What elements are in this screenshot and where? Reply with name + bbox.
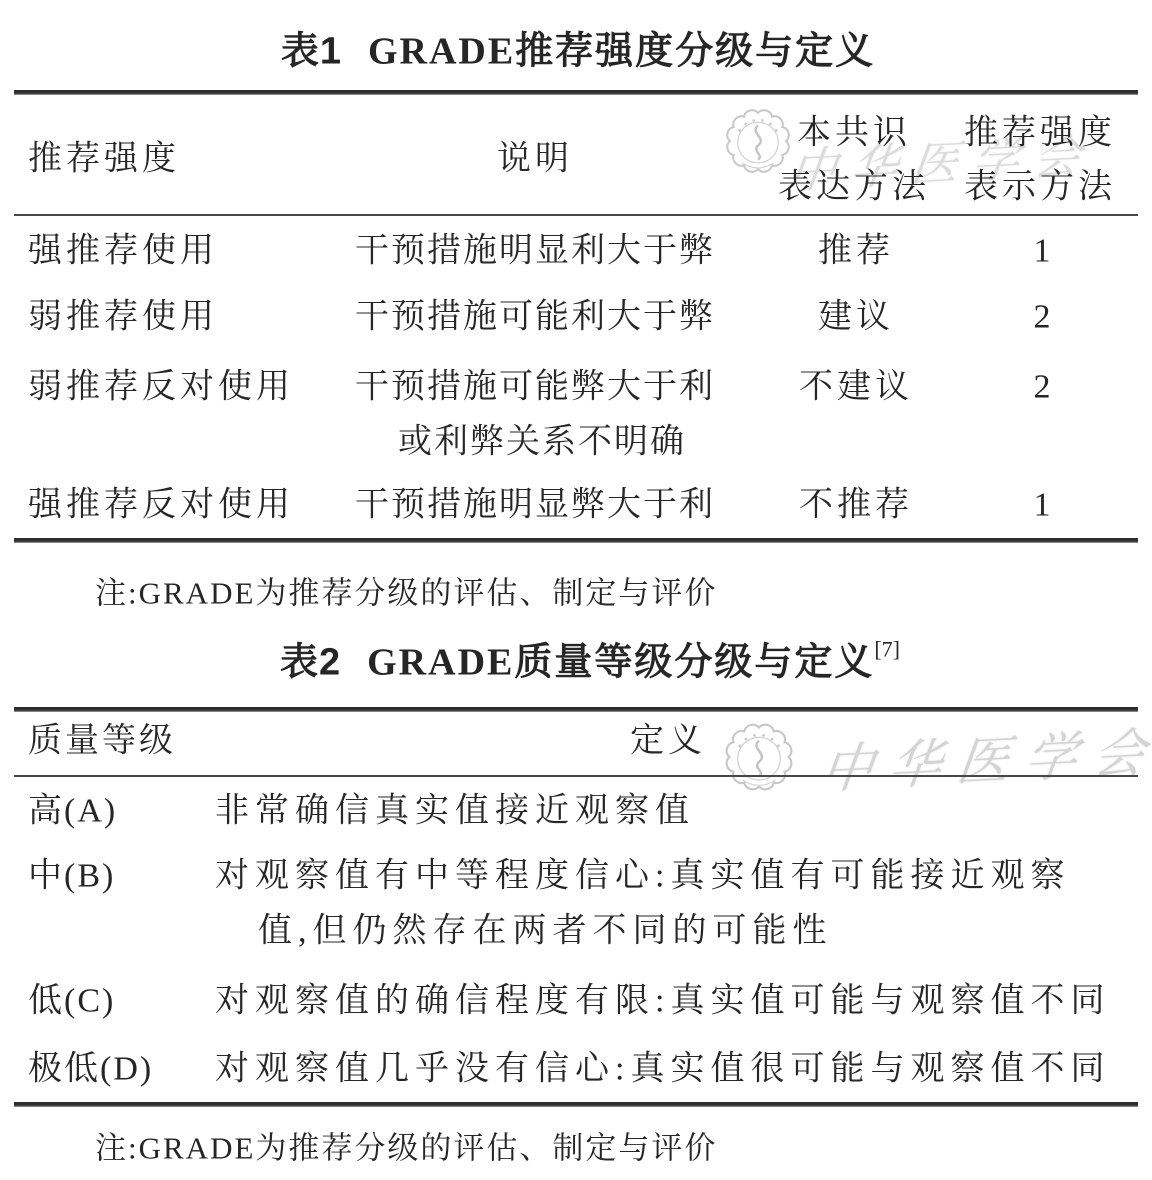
table1-row3-desc-line1: 干预措施可能弊大于利 [355,370,715,404]
table2-rowD-grade: 极低(D) [28,1052,153,1086]
table1-bottom-rule [14,538,1138,543]
table2-rowB-definition-line2: 值,但仍然存在两者不同的可能性 [258,914,833,948]
table1-header-notation-line2: 表示方法 [964,170,1116,204]
table1-row4-notation: 1 [1034,488,1051,522]
table1-row2-notation: 2 [1034,300,1051,334]
cma-script-watermark: 中华医学会 [818,709,1152,802]
table1-row4-desc: 干预措施明显弊大于利 [355,488,715,522]
table2-note: 注:GRADE为推荐分级的评估、制定与评价 [95,1123,717,1168]
table2-top-rule [14,707,1138,712]
table1-row3-strength: 弱推荐反对使用 [28,370,294,404]
table1-header-notation-line1: 推荐强度 [964,116,1116,150]
table2-rowC-definition: 对观察值的确信程度有限:真实值可能与观察值不同 [215,984,1110,1018]
table1-row1-notation: 1 [1034,234,1051,268]
table1-row1-desc: 干预措施明显利大于弊 [355,234,715,268]
table2-title: 表2GRADE质量等级分级与定义[7] [280,631,900,686]
table2-header-rule [14,775,1138,777]
table2-rowD-definition: 对观察值几乎没有信心:真实值很可能与观察值不同 [215,1052,1110,1086]
table1-header-expression-line1: 本共识 [797,116,911,150]
table1-row3-desc-line2: 或利弊关系不明确 [398,425,686,459]
table2-rowA-definition: 非常确信真实值接近观察值 [215,794,695,828]
table2-rowA-grade: 高(A) [28,794,117,828]
table1-row3-expression: 不建议 [799,370,913,404]
table1-row1-expression: 推荐 [818,234,894,268]
table2-title-citation: [7] [874,637,900,662]
table1-row4-strength: 强推荐反对使用 [28,488,294,522]
table2-rowB-definition-line1: 对观察值有中等程度信心:真实值有可能接近观察 [215,859,1070,893]
table2-bottom-rule [14,1102,1138,1107]
table2-header-definition: 定义 [630,724,706,758]
journal-page: 中华医学会 中华医学会 表1GRADE推荐强度分级与定义 推荐强度 说明 本共识… [0,0,1152,1180]
table1-header-desc: 说明 [497,142,573,176]
table2-header-grade: 质量等级 [28,724,176,758]
table2-title-text: GRADE质量等级分级与定义 [367,642,874,684]
table2-rowC-grade: 低(C) [28,984,115,1018]
table1-row2-strength: 弱推荐使用 [28,300,218,334]
table1-header-expression-line2: 表达方法 [778,170,930,204]
table1-header-strength: 推荐强度 [28,142,180,176]
table2-rowB-grade: 中(B) [28,859,115,893]
table1-row3-notation: 2 [1034,370,1051,404]
table1-title: 表1GRADE推荐强度分级与定义 [281,20,875,75]
table1-number-label: 表1 [281,31,342,73]
table2-number-label: 表2 [280,642,341,684]
table1-top-rule [14,90,1138,95]
table1-row1-strength: 强推荐使用 [28,234,218,268]
table1-title-text: GRADE推荐强度分级与定义 [368,31,875,73]
cma-seal-watermark-icon [718,716,800,798]
table1-header-rule [14,214,1138,216]
table1-note: 注:GRADE为推荐分级的评估、制定与评价 [95,568,717,613]
table1-row2-expression: 建议 [818,300,894,334]
table1-row4-expression: 不推荐 [799,488,913,522]
table1-row2-desc: 干预措施可能利大于弊 [355,300,715,334]
